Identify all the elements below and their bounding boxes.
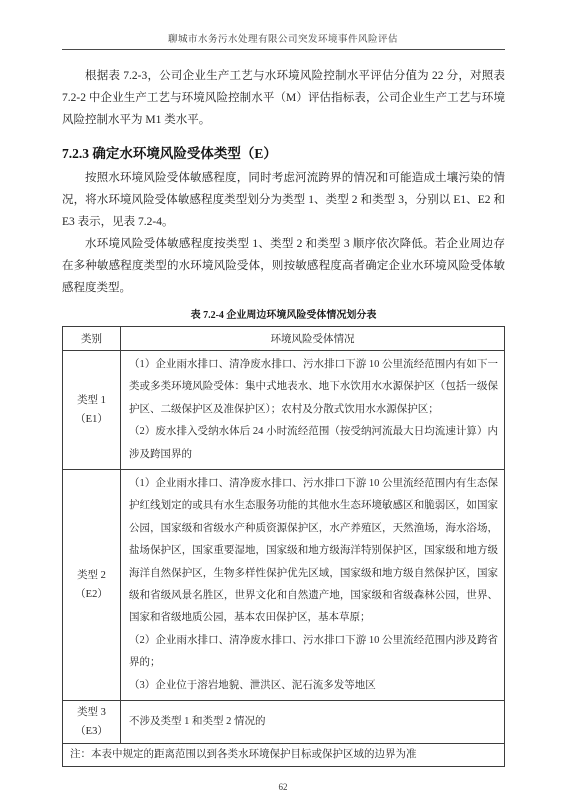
paragraph-sensitivity-order: 水环境风险受体敏感程度按类型 1、类型 2 和类型 3 顺序依次降低。若企业周边… (62, 233, 505, 299)
type-label-line1: 类型 3 (64, 703, 119, 722)
page-content: 根据表 7.2-3，公司企业生产工艺与水环境风险控制水平评估分值为 22 分，对… (62, 65, 505, 767)
type-cell-e3: 类型 3 （E3） (63, 701, 121, 744)
desc-item: （2）企业雨水排口、清净废水排口、污水排口下游 10 公里流经范围内涉及跨省界的… (129, 630, 498, 675)
type-label-line2: （E2） (64, 585, 119, 604)
table-row: 类型 2 （E2） （1）企业雨水排口、清净废水排口、污水排口下游 10 公里流… (63, 470, 505, 701)
desc-item: （3）企业位于溶岩地貌、泄洪区、泥石流多发等地区 (129, 675, 498, 697)
header-divider (62, 49, 505, 50)
risk-receptor-table: 类别 环境风险受体情况 类型 1 （E1） （1）企业雨水排口、清净废水排口、污… (62, 326, 505, 767)
type-cell-e1: 类型 1 （E1） (63, 351, 121, 470)
table-row: 类型 1 （E1） （1）企业雨水排口、清净废水排口、污水排口下游 10 公里流… (63, 351, 505, 470)
table-note: 注：本表中规定的距离范围以到各类水环境保护目标或保护区域的边界为准 (63, 744, 505, 767)
desc-item: （1）企业雨水排口、清净废水排口、污水排口下游 10 公里流经范围内有如下一类或… (129, 354, 498, 421)
desc-cell-e1: （1）企业雨水排口、清净废水排口、污水排口下游 10 公里流经范围内有如下一类或… (121, 351, 505, 470)
type-label-line1: 类型 1 (64, 391, 119, 410)
type-label-line1: 类型 2 (64, 566, 119, 585)
desc-item: （2）废水排入受纳水体后 24 小时流经范围（按受纳河流最大日均流速计算）内涉及… (129, 421, 498, 466)
desc-item: 不涉及类型 1 和类型 2 情况的 (129, 711, 498, 733)
header-cell-receptor-situation: 环境风险受体情况 (121, 327, 505, 351)
table-row: 类型 3 （E3） 不涉及类型 1 和类型 2 情况的 (63, 701, 505, 744)
type-label-line2: （E1） (64, 410, 119, 429)
table-caption: 表 7.2-4 企业周边环境风险受体情况划分表 (62, 306, 505, 321)
table-header-row: 类别 环境风险受体情况 (63, 327, 505, 351)
paragraph-control-level-result: 根据表 7.2-3，公司企业生产工艺与水环境风险控制水平评估分值为 22 分，对… (62, 65, 505, 131)
type-label-line2: （E3） (64, 722, 119, 741)
desc-item: （1）企业雨水排口、清净废水排口、污水排口下游 10 公里流经范围内有生态保护红… (129, 473, 498, 630)
page-number: 62 (0, 782, 566, 792)
desc-cell-e3: 不涉及类型 1 和类型 2 情况的 (121, 701, 505, 744)
desc-cell-e2: （1）企业雨水排口、清净废水排口、污水排口下游 10 公里流经范围内有生态保护红… (121, 470, 505, 701)
header-cell-category: 类别 (63, 327, 121, 351)
document-header-title: 聊城市水务污水处理有限公司突发环境事件风险评估 (0, 0, 566, 45)
section-heading-723: 7.2.3 确定水环境风险受体类型（E） (62, 142, 505, 162)
type-cell-e2: 类型 2 （E2） (63, 470, 121, 701)
paragraph-receptor-types-intro: 按照水环境风险受体敏感程度，同时考虑河流跨界的情况和可能造成土壤污染的情况，将水… (62, 167, 505, 233)
table-note-row: 注：本表中规定的距离范围以到各类水环境保护目标或保护区域的边界为准 (63, 744, 505, 767)
